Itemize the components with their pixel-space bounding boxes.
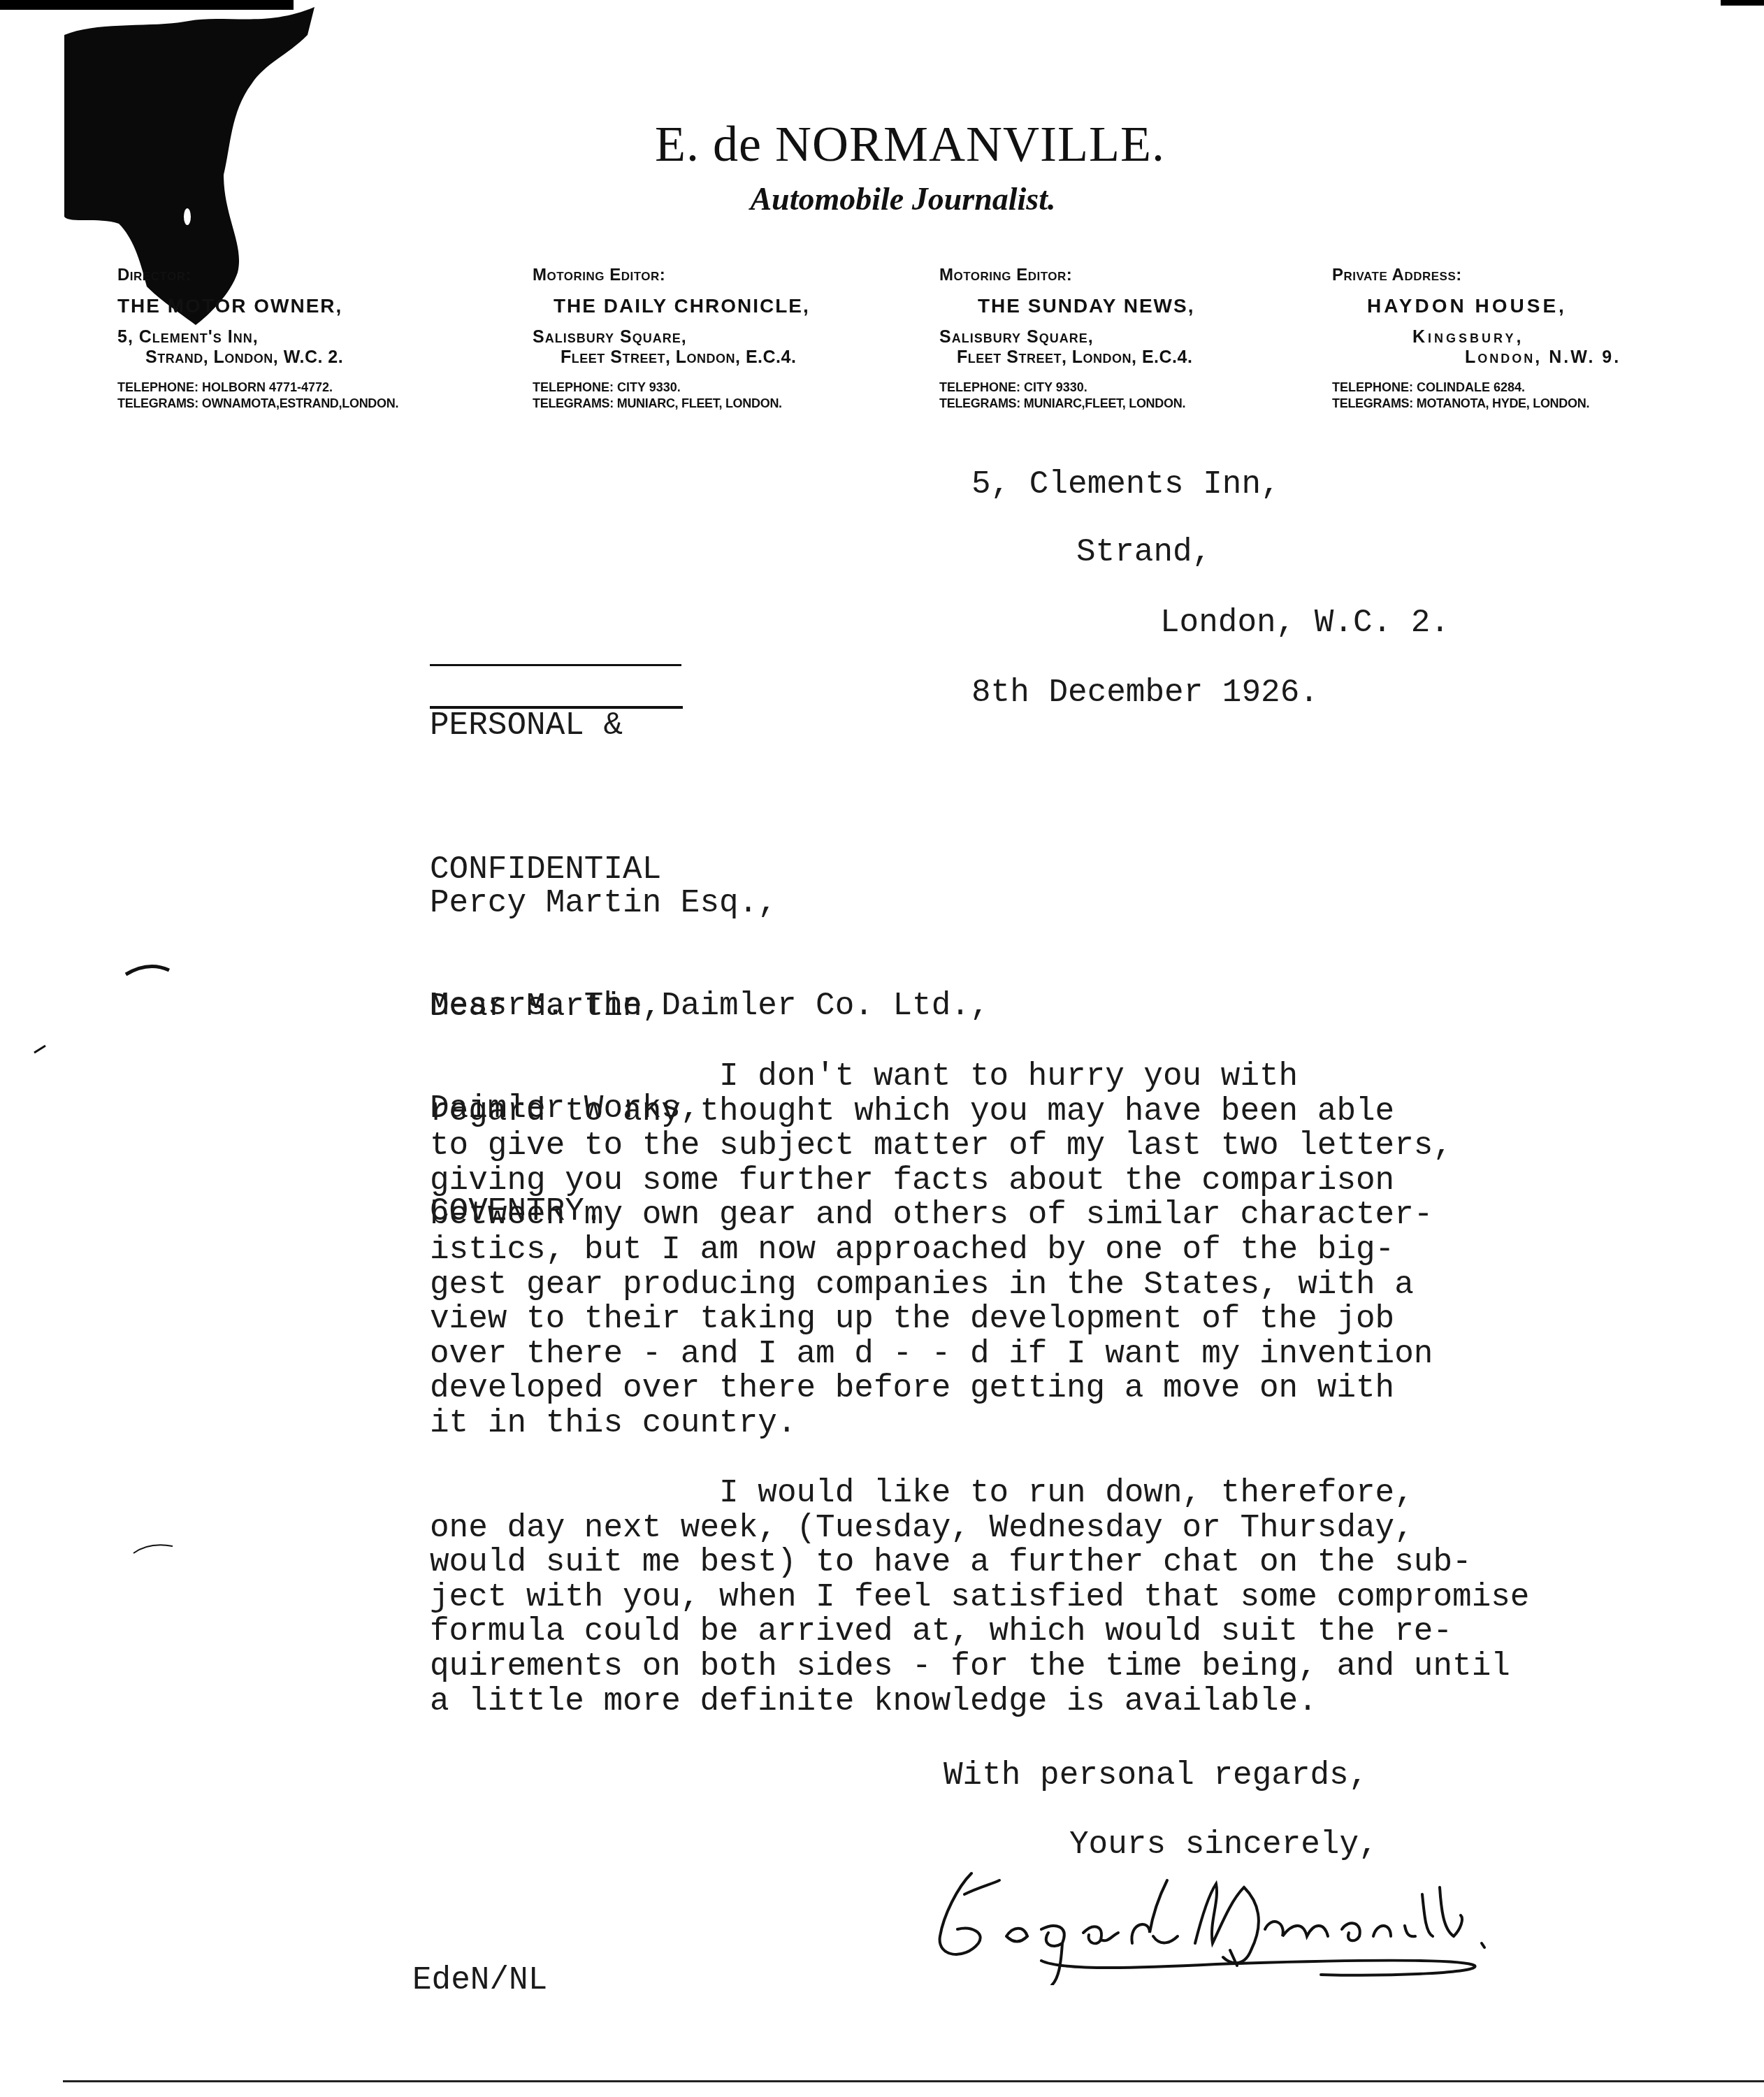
- letterhead-column-sunday-news: Motoring Editor: THE SUNDAY NEWS, Salisb…: [939, 266, 1303, 411]
- column-organization: HAYDON HOUSE,: [1332, 295, 1723, 317]
- column-telegrams: TELEGRAMS: MUNIARC, FLEET, LONDON.: [533, 396, 896, 411]
- underline: [430, 706, 683, 709]
- column-address-line1: Salisbury Square,: [939, 327, 1303, 347]
- paragraph-line: giving you some further facts about the …: [430, 1164, 1688, 1199]
- column-role: Motoring Editor:: [939, 266, 1303, 285]
- paragraph-line: gest gear producing companies in the Sta…: [430, 1268, 1688, 1303]
- closing-line: With personal regards,: [944, 1758, 1368, 1793]
- column-role: Private Address:: [1332, 266, 1723, 285]
- column-organization: THE SUNDAY NEWS,: [939, 295, 1303, 317]
- letterhead-subtitle: Automobile Journalist.: [0, 180, 1764, 217]
- sender-address-line: 5, Clements Inn,: [971, 467, 1280, 502]
- stray-pen-mark: [129, 1538, 178, 1559]
- underline: [430, 664, 681, 666]
- column-telephone: TELEPHONE: HOLBORN 4771-4772.: [117, 380, 481, 395]
- paragraph-line: a little more definite knowledge is avai…: [430, 1685, 1688, 1720]
- column-address-line1: Salisbury Square,: [533, 327, 896, 347]
- column-telegrams: TELEGRAMS: MOTANOTA, HYDE, LONDON.: [1332, 396, 1723, 411]
- scan-edge-bar-right: [1721, 0, 1764, 6]
- salutation: Dear Martin,: [430, 989, 661, 1024]
- paragraph-line: view to their taking up the development …: [430, 1302, 1688, 1337]
- column-telephone: TELEPHONE: COLINDALE 6284.: [1332, 380, 1723, 395]
- column-role: Director:: [117, 266, 481, 285]
- paragraph-line: over there - and I am d - - d if I want …: [430, 1337, 1688, 1372]
- paragraph-line: between my own gear and others of simila…: [430, 1198, 1688, 1233]
- page-bottom-rule: [63, 2080, 1764, 2082]
- paragraph-line: to give to the subject matter of my last…: [430, 1129, 1688, 1164]
- column-telegrams: TELEGRAMS: OWNAMOTA,ESTRAND,LONDON.: [117, 396, 481, 411]
- column-telegrams: TELEGRAMS: MUNIARC,FLEET, LONDON.: [939, 396, 1303, 411]
- paragraph-line: regard to any thought which you may have…: [430, 1095, 1688, 1130]
- column-address-line2: Fleet Street, London, E.C.4.: [533, 347, 896, 368]
- letterhead-column-private-address: Private Address: HAYDON HOUSE, Kingsbury…: [1332, 266, 1723, 411]
- column-role: Motoring Editor:: [533, 266, 896, 285]
- sender-address-line: Strand,: [1076, 535, 1211, 570]
- paragraph-line: would suit me best) to have a further ch…: [430, 1545, 1688, 1580]
- column-telephone: TELEPHONE: CITY 9330.: [533, 380, 896, 395]
- body-paragraph: I don't want to hurry you withregard to …: [430, 1060, 1688, 1441]
- letterhead-name: E. de NORMANVILLE.: [0, 115, 1764, 173]
- marking-line: PERSONAL &: [430, 706, 661, 745]
- stray-pen-mark: [119, 959, 175, 980]
- body-paragraph: I would like to run down, therefore,one …: [430, 1476, 1688, 1719]
- handwritten-signature: [902, 1845, 1670, 1985]
- reference-initials: EdeN/NL: [412, 1963, 547, 1998]
- column-telephone: TELEPHONE: CITY 9330.: [939, 380, 1303, 395]
- paragraph-line: I don't want to hurry you with: [430, 1060, 1688, 1095]
- column-address-line2: London, N.W. 9.: [1332, 347, 1723, 368]
- letterhead-column-daily-chronicle: Motoring Editor: THE DAILY CHRONICLE, Sa…: [533, 266, 896, 411]
- paragraph-line: quirements on both sides - for the time …: [430, 1650, 1688, 1685]
- paragraph-line: I would like to run down, therefore,: [430, 1476, 1688, 1511]
- column-address-line2: Strand, London, W.C. 2.: [117, 347, 481, 368]
- recipient-line: Percy Martin Esq.,: [430, 886, 990, 921]
- letterhead-column-director: Director: The Motor Owner, 5, Clement's …: [117, 266, 481, 411]
- paragraph-line: one day next week, (Tuesday, Wednesday o…: [430, 1511, 1688, 1546]
- paragraph-line: formula could be arrived at, which would…: [430, 1615, 1688, 1650]
- sender-address-line: London, W.C. 2.: [1160, 605, 1449, 640]
- letter-date: 8th December 1926.: [971, 675, 1319, 710]
- column-address-line1: Kingsbury,: [1332, 327, 1723, 347]
- column-address-line1: 5, Clement's Inn,: [117, 327, 481, 347]
- paragraph-line: developed over there before getting a mo…: [430, 1371, 1688, 1406]
- paragraph-line: ject with you, when I feel satisfied tha…: [430, 1580, 1688, 1615]
- column-organization: The Motor Owner,: [117, 295, 481, 317]
- paragraph-line: istics, but I am now approached by one o…: [430, 1233, 1688, 1268]
- column-address-line2: Fleet Street, London, E.C.4.: [939, 347, 1303, 368]
- paragraph-line: it in this country.: [430, 1406, 1688, 1441]
- stray-pen-mark: [31, 1042, 52, 1055]
- column-organization: THE DAILY CHRONICLE,: [533, 295, 896, 317]
